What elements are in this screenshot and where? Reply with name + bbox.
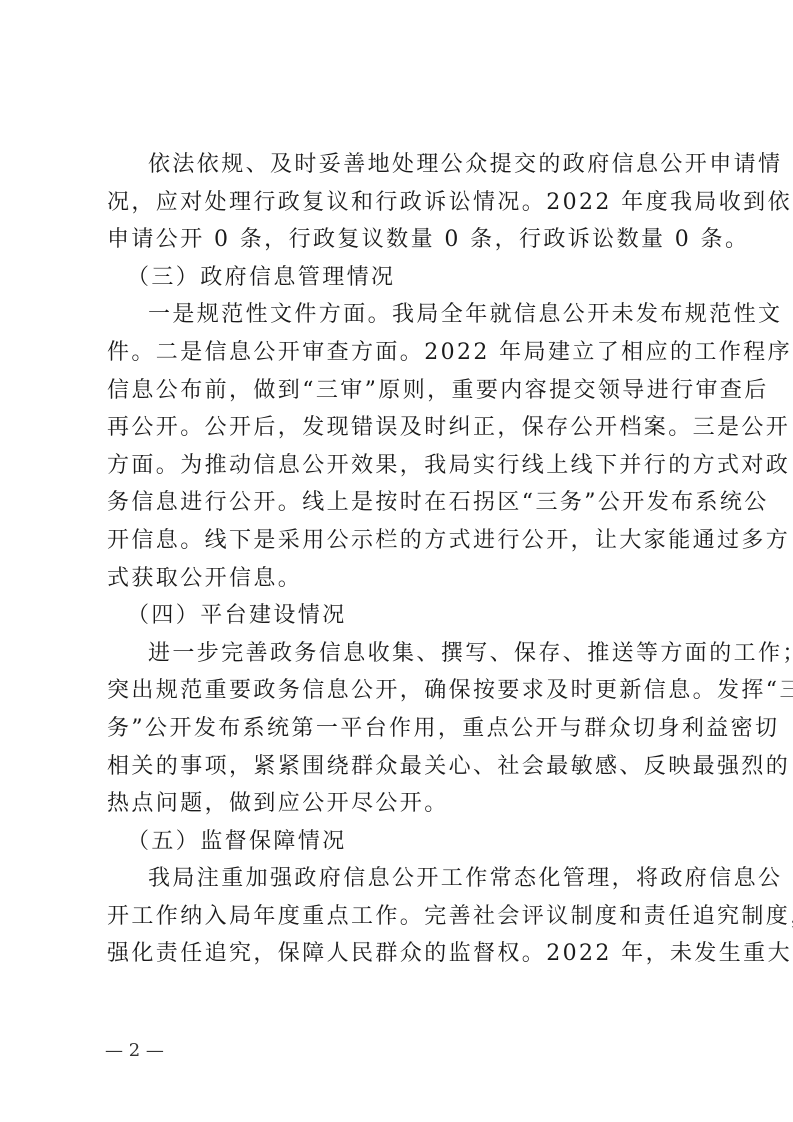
- paragraph-line: 式获取公开信息。: [107, 560, 699, 598]
- paragraph-line: 热点问题，做到应公开尽公开。: [107, 785, 699, 823]
- paragraph-line: 方面。为推动信息公开效果，我局实行线上线下并行的方式对政: [107, 447, 699, 485]
- paragraph-line: 突出规范重要政务信息公开，确保按要求及时更新信息。发挥“三: [107, 672, 699, 710]
- paragraph-line: 况，应对处理行政复议和行政诉讼情况。2022 年度我局收到依: [107, 184, 699, 222]
- document-page: 依法依规、及时妥善地处理公众提交的政府信息公开申请情 况，应对处理行政复议和行政…: [0, 0, 793, 1122]
- paragraph-line: 一是规范性文件方面。我局全年就信息公开未发布规范性文: [107, 296, 699, 334]
- document-body: 依法依规、及时妥善地处理公众提交的政府信息公开申请情 况，应对处理行政复议和行政…: [107, 146, 699, 973]
- paragraph-line: 务”公开发布系统第一平台作用，重点公开与群众切身利益密切: [107, 710, 699, 748]
- paragraph-line: 申请公开 0 条，行政复议数量 0 条，行政诉讼数量 0 条。: [107, 221, 699, 259]
- paragraph-line: 依法依规、及时妥善地处理公众提交的政府信息公开申请情: [107, 146, 699, 184]
- paragraph-line: 务信息进行公开。线上是按时在石拐区“三务”公开发布系统公: [107, 484, 699, 522]
- paragraph-line: 件。二是信息公开审查方面。2022 年局建立了相应的工作程序，: [107, 334, 699, 372]
- paragraph-line: 相关的事项，紧紧围绕群众最关心、社会最敏感、反映最强烈的: [107, 748, 699, 786]
- section-heading-4: （四）平台建设情况: [107, 597, 699, 635]
- paragraph-line: 信息公布前，做到“三审”原则，重要内容提交领导进行审查后: [107, 372, 699, 410]
- paragraph-line: 我局注重加强政府信息公开工作常态化管理，将政府信息公: [107, 860, 699, 898]
- paragraph-line: 再公开。公开后，发现错误及时纠正，保存公开档案。三是公开: [107, 409, 699, 447]
- page-number: — 2 —: [105, 1040, 164, 1061]
- section-heading-3: （三）政府信息管理情况: [107, 259, 699, 297]
- paragraph-line: 强化责任追究，保障人民群众的监督权。2022 年，未发生重大: [107, 935, 699, 973]
- paragraph-line: 开信息。线下是采用公示栏的方式进行公开，让大家能通过多方: [107, 522, 699, 560]
- section-heading-5: （五）监督保障情况: [107, 823, 699, 861]
- paragraph-line: 开工作纳入局年度重点工作。完善社会评议制度和责任追究制度，: [107, 898, 699, 936]
- paragraph-line: 进一步完善政务信息收集、撰写、保存、推送等方面的工作；: [107, 635, 699, 673]
